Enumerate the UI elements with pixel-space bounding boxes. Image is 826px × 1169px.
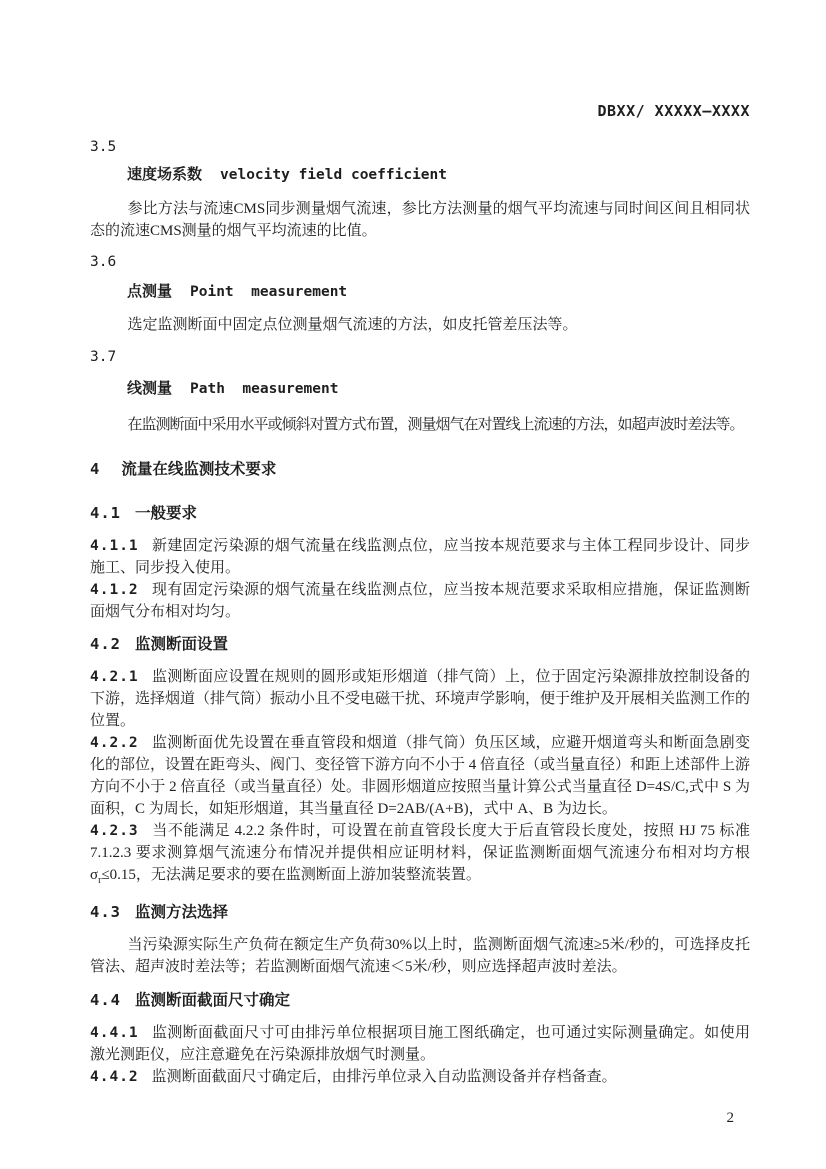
clause-text: 现有固定污染源的烟气流量在线监测点位，应当按本规范要求采取相应措施，保证监测断面… [90, 582, 750, 620]
clause-number: 4.2.1 [90, 669, 139, 685]
clause-number: 4.2.2 [90, 735, 139, 751]
clause: 4.4.1监测断面截面尺寸可由排污单位根据项目施工图纸确定，也可通过实际测量确定… [90, 1022, 750, 1066]
clause-number: 4.1.2 [90, 582, 139, 598]
chapter-title: 流量在线监测技术要求 [121, 461, 276, 478]
clause: 4.2.1监测断面应设置在规则的圆形或矩形烟道（排气筒）上，位于固定污染源排放控… [90, 666, 750, 732]
term-title: 线测量Path measurement [90, 378, 750, 400]
section-heading: 4.1一般要求 [90, 502, 750, 525]
clause-number: 4.4.1 [90, 1025, 139, 1041]
term-title-en: Path measurement [190, 381, 338, 397]
term-title-en: Point measurement [190, 284, 347, 300]
term-title-en: velocity field coefficient [220, 167, 447, 183]
clause-text: 监测断面截面尺寸可由排污单位根据项目施工图纸确定，也可通过实际测量确定。如使用激… [90, 1025, 750, 1063]
term-title: 速度场系数velocity field coefficient [90, 164, 750, 186]
term-number: 3.5 [90, 136, 750, 158]
section-title: 监测断面截面尺寸确定 [135, 992, 290, 1009]
clause-text: 新建固定污染源的烟气流量在线监测点位，应当按本规范要求与主体工程同步设计、同步施… [90, 538, 750, 576]
clause-text: 监测断面应设置在规则的圆形或矩形烟道（排气筒）上，位于固定污染源排放控制设备的下… [90, 669, 750, 729]
section-paragraph: 当污染源实际生产负荷在额定生产负荷30%以上时，监测断面烟气流速≥5米/秒的，可… [90, 934, 750, 978]
section-title: 监测断面设置 [135, 636, 228, 653]
clause-number: 4.1.1 [90, 538, 139, 554]
clause-text: 监测断面截面尺寸确定后，由排污单位录入自动监测设备并存档备查。 [152, 1069, 617, 1085]
term-title-zh: 线测量 [127, 380, 172, 397]
clause: 4.2.2监测断面优先设置在垂直管段和烟道（排气筒）负压区域，应避开烟道弯头和断… [90, 732, 750, 820]
chapter-heading: 4流量在线监测技术要求 [90, 458, 750, 481]
section-heading: 4.4监测断面截面尺寸确定 [90, 989, 750, 1012]
clause: 4.4.2监测断面截面尺寸确定后，由排污单位录入自动监测设备并存档备查。 [90, 1066, 750, 1088]
section-number: 4.3 [90, 903, 121, 921]
section-number: 4.1 [90, 504, 121, 522]
clause: 4.2.3当不能满足 4.2.2 条件时，可设置在前直管段长度大于后直管段长度处… [90, 820, 750, 892]
term-definition: 参比方法与流速CMS同步测量烟气流速，参比方法测量的烟气平均流速与同时间区间且相… [90, 198, 750, 242]
document-page: DBXX/ XXXXX—XXXX 3.5 速度场系数velocity field… [0, 0, 826, 1169]
term-number: 3.6 [90, 251, 750, 273]
section-heading: 4.2监测断面设置 [90, 633, 750, 656]
term-definition: 选定监测断面中固定点位测量烟气流速的方法，如皮托管差压法等。 [90, 314, 750, 336]
clause-text: ≤0.15，无法满足要求的要在监测断面上游加装整流装置。 [101, 867, 481, 883]
clause-number: 4.4.2 [90, 1069, 139, 1085]
page-content: DBXX/ XXXXX—XXXX 3.5 速度场系数velocity field… [90, 0, 750, 1129]
section-number: 4.4 [90, 991, 121, 1009]
term-definition: 在监测断面中采用水平或倾斜对置方式布置，测量烟气在对置线上流速的方法，如超声波时… [90, 414, 750, 436]
term-title-zh: 点测量 [127, 283, 172, 300]
term-title-zh: 速度场系数 [127, 166, 202, 183]
section-heading: 4.3监测方法选择 [90, 901, 750, 924]
section-number: 4.2 [90, 635, 121, 653]
chapter-number: 4 [90, 460, 99, 478]
term-title: 点测量Point measurement [90, 281, 750, 303]
doc-code: DBXX/ XXXXX—XXXX [90, 100, 750, 122]
clause: 4.1.2现有固定污染源的烟气流量在线监测点位，应当按本规范要求采取相应措施，保… [90, 579, 750, 623]
section-title: 一般要求 [135, 505, 197, 522]
clause-text: 监测断面优先设置在垂直管段和烟道（排气筒）负压区域，应避开烟道弯头和断面急剧变化… [90, 735, 750, 817]
clause-number: 4.2.3 [90, 823, 139, 839]
term-number: 3.7 [90, 346, 750, 368]
page-number: 2 [90, 1107, 750, 1129]
section-title: 监测方法选择 [135, 904, 228, 921]
clause: 4.1.1新建固定污染源的烟气流量在线监测点位，应当按本规范要求与主体工程同步设… [90, 535, 750, 579]
